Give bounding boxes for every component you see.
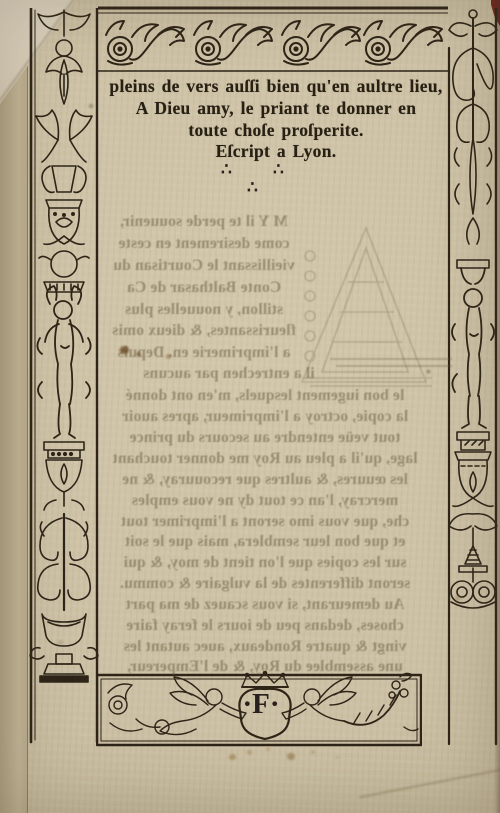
showthrough-line: tout veüe entendre au secours du prince xyxy=(94,429,436,447)
showthrough-line: M Y il te perde souuenir, xyxy=(98,213,310,231)
foxing-spot xyxy=(89,104,93,108)
printer-monogram: ·F· xyxy=(238,688,284,721)
showthrough-line: une assemblee du Roy, & de l'Empereur, xyxy=(94,658,436,676)
scanned-book-page: ·F· pleins de vers auſſi bien qu'en ault… xyxy=(0,0,500,813)
text-line: A Dieu amy, le priant te donner en xyxy=(100,98,452,119)
showthrough-line: seront differentes de la vulgaire & comm… xyxy=(94,575,436,593)
bottom-crease-line xyxy=(359,768,500,798)
text-line: Eſcript a Lyon. xyxy=(100,141,452,162)
foxing-spot xyxy=(229,754,236,760)
typographic-dot-ornament: ∴ xyxy=(221,160,230,180)
foxing-spot xyxy=(266,747,270,751)
showthrough-line: les œuures, & aultres que recouuray, & n… xyxy=(94,471,436,489)
showthrough-line: Au demeurant, si vous scauez de ma part xyxy=(94,596,436,614)
showthrough-line: fleurissantes, & dieux omis xyxy=(98,322,310,340)
typographic-dot-ornament: ∴ xyxy=(247,178,256,198)
foxing-spot xyxy=(336,756,339,759)
foxing-spot xyxy=(455,595,461,601)
left-page-edge xyxy=(0,0,28,813)
showthrough-triangle-ornament xyxy=(296,222,432,392)
showthrough-rule xyxy=(330,358,452,360)
showthrough-line: vieillissant le Courtisan du xyxy=(98,257,310,275)
showthrough-line: stillon, y nouuelles plus xyxy=(98,301,310,319)
putto-right xyxy=(452,268,494,428)
showthrough-line: la copie, octroy a l'imprimeur, apres au… xyxy=(94,408,436,426)
text-line: toute choſe proſperite. xyxy=(100,120,452,141)
showthrough-line: che, que vous imo seront a l'imprimer to… xyxy=(94,513,436,531)
showthrough-line: Conte Balthasar de Ca xyxy=(98,279,310,297)
right-border-candelabrum-icon xyxy=(447,8,499,746)
sphinx-left xyxy=(155,677,246,735)
showthrough-line: lage, qu'il a pleu au Roy me donner touc… xyxy=(94,450,436,468)
foxing-spot xyxy=(136,352,141,357)
foxing-spot xyxy=(58,640,63,645)
text-line: pleins de vers auſſi bien qu'en aultre l… xyxy=(100,76,452,97)
putto-left xyxy=(37,286,90,438)
foxing-spot xyxy=(120,346,129,354)
showthrough-line: choses, dedans peu de iours le feray fai… xyxy=(94,617,436,635)
foxing-spot xyxy=(311,750,315,754)
left-border-candelabrum-icon xyxy=(28,8,100,744)
showthrough-line: a l'imprimerie en. Depuis xyxy=(98,344,310,362)
typographic-dot-ornament: ∴ xyxy=(273,160,282,180)
showthrough-rule xyxy=(336,365,452,367)
foxing-spot xyxy=(287,753,295,760)
foxing-spot xyxy=(247,750,252,755)
showthrough-line: sur les copies que l'on tient de moy, & … xyxy=(94,554,436,572)
showthrough-line: come desirement en ceste xyxy=(98,235,310,253)
showthrough-line: mercray, l'an ce tout dy ne vous emples xyxy=(94,492,436,510)
sphinx-right xyxy=(282,673,412,724)
ink-speck xyxy=(427,370,430,373)
top-frieze-dragon-scroll-icon xyxy=(98,5,448,77)
showthrough-line: et que bon leur semblera, mais que le so… xyxy=(94,533,436,551)
foxing-spot xyxy=(166,354,171,359)
showthrough-line: vingt & quatre Rondeaux, auec autant les xyxy=(94,638,436,656)
